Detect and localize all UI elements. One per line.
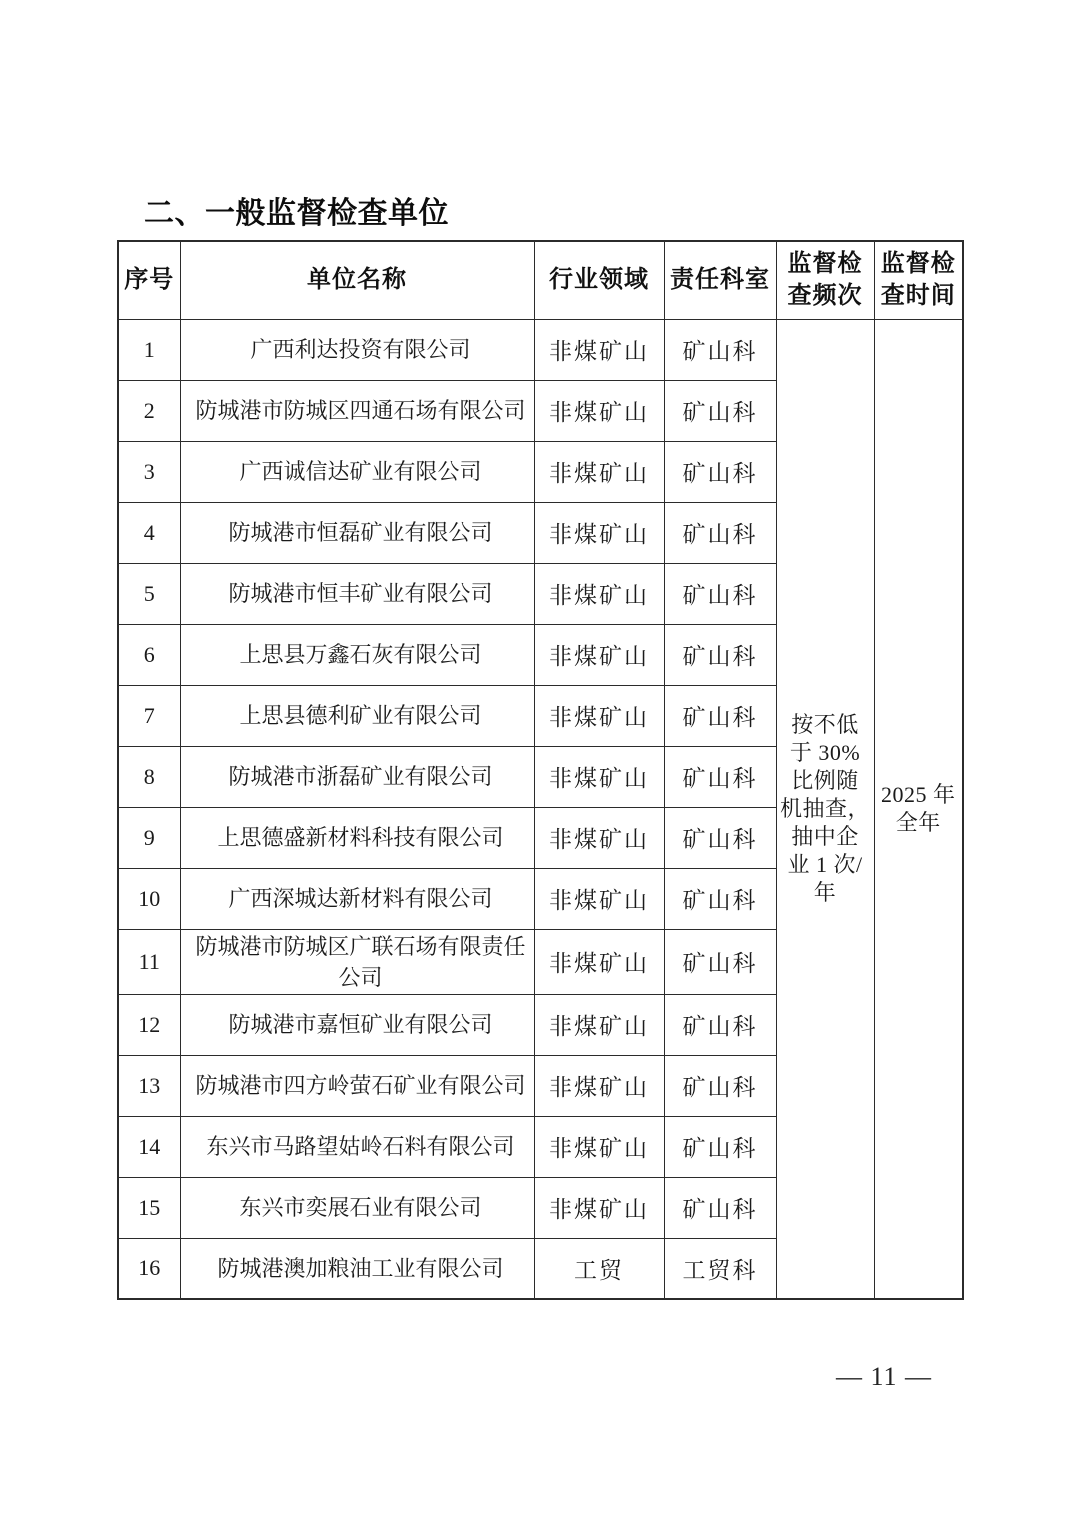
row-industry: 非煤矿山	[534, 380, 664, 441]
row-industry: 非煤矿山	[534, 624, 664, 685]
row-index: 10	[118, 868, 180, 929]
row-company-name: 防城港市浙磊矿业有限公司	[180, 746, 534, 807]
row-department: 矿山科	[664, 563, 776, 624]
row-department: 矿山科	[664, 994, 776, 1055]
row-industry: 非煤矿山	[534, 441, 664, 502]
row-index: 6	[118, 624, 180, 685]
row-index: 1	[118, 319, 180, 380]
row-index: 9	[118, 807, 180, 868]
row-company-name: 上思德盛新材料科技有限公司	[180, 807, 534, 868]
row-industry: 非煤矿山	[534, 929, 664, 994]
row-industry: 非煤矿山	[534, 685, 664, 746]
row-company-name: 上思县万鑫石灰有限公司	[180, 624, 534, 685]
row-department: 矿山科	[664, 868, 776, 929]
row-company-name: 防城港市防城区广联石场有限责任公司	[180, 929, 534, 994]
header-time: 监督检 查时间	[874, 241, 963, 319]
row-company-name: 东兴市奕展石业有限公司	[180, 1177, 534, 1238]
row-industry: 非煤矿山	[534, 502, 664, 563]
row-company-name: 广西深城达新材料有限公司	[180, 868, 534, 929]
row-index: 5	[118, 563, 180, 624]
row-index: 2	[118, 380, 180, 441]
row-company-name: 防城港市嘉恒矿业有限公司	[180, 994, 534, 1055]
row-company-name: 防城港市恒丰矿业有限公司	[180, 563, 534, 624]
row-industry: 非煤矿山	[534, 807, 664, 868]
header-frequency: 监督检 查频次	[776, 241, 874, 319]
row-industry: 非煤矿山	[534, 563, 664, 624]
row-index: 12	[118, 994, 180, 1055]
row-company-name: 上思县德利矿业有限公司	[180, 685, 534, 746]
row-industry: 非煤矿山	[534, 319, 664, 380]
header-index: 序号	[118, 241, 180, 319]
row-industry: 工贸	[534, 1238, 664, 1299]
row-index: 7	[118, 685, 180, 746]
row-department: 矿山科	[664, 1055, 776, 1116]
row-department: 矿山科	[664, 319, 776, 380]
row-company-name: 防城港市防城区四通石场有限公司	[180, 380, 534, 441]
row-department: 矿山科	[664, 380, 776, 441]
row-department: 矿山科	[664, 441, 776, 502]
header-department: 责任科室	[664, 241, 776, 319]
inspection-units-table: 序号 单位名称 行业领域 责任科室 监督检 查频次 监督检 查时间 1广西利达投…	[117, 240, 964, 1300]
row-industry: 非煤矿山	[534, 1177, 664, 1238]
row-department: 工贸科	[664, 1238, 776, 1299]
row-index: 15	[118, 1177, 180, 1238]
row-index: 3	[118, 441, 180, 502]
row-industry: 非煤矿山	[534, 868, 664, 929]
row-index: 11	[118, 929, 180, 994]
merged-time-cell: 2025 年 全年	[874, 319, 963, 1299]
row-index: 16	[118, 1238, 180, 1299]
header-company: 单位名称	[180, 241, 534, 319]
row-company-name: 防城港澳加粮油工业有限公司	[180, 1238, 534, 1299]
row-department: 矿山科	[664, 929, 776, 994]
table-header-row: 序号 单位名称 行业领域 责任科室 监督检 查频次 监督检 查时间	[118, 241, 963, 319]
merged-frequency-cell: 按不低 于 30% 比例随 机抽查， 抽中企 业 1 次/ 年	[776, 319, 874, 1299]
row-industry: 非煤矿山	[534, 1116, 664, 1177]
row-department: 矿山科	[664, 624, 776, 685]
row-department: 矿山科	[664, 807, 776, 868]
row-company-name: 防城港市四方岭萤石矿业有限公司	[180, 1055, 534, 1116]
row-department: 矿山科	[664, 685, 776, 746]
document-page: 二、一般监督检查单位 序号 单位名称 行业领域 责任科室 监督检 查频次 监督检…	[0, 0, 1074, 1520]
row-index: 4	[118, 502, 180, 563]
row-department: 矿山科	[664, 1116, 776, 1177]
row-department: 矿山科	[664, 746, 776, 807]
row-company-name: 防城港市恒磊矿业有限公司	[180, 502, 534, 563]
row-company-name: 广西利达投资有限公司	[180, 319, 534, 380]
table-row: 1广西利达投资有限公司非煤矿山矿山科按不低 于 30% 比例随 机抽查， 抽中企…	[118, 319, 963, 380]
row-index: 8	[118, 746, 180, 807]
header-industry: 行业领域	[534, 241, 664, 319]
row-industry: 非煤矿山	[534, 746, 664, 807]
section-title: 二、一般监督检查单位	[144, 194, 449, 234]
row-index: 14	[118, 1116, 180, 1177]
row-industry: 非煤矿山	[534, 1055, 664, 1116]
row-industry: 非煤矿山	[534, 994, 664, 1055]
row-company-name: 广西诚信达矿业有限公司	[180, 441, 534, 502]
row-index: 13	[118, 1055, 180, 1116]
row-department: 矿山科	[664, 502, 776, 563]
row-department: 矿山科	[664, 1177, 776, 1238]
page-number: — 11 —	[836, 1362, 932, 1392]
row-company-name: 东兴市马路望姑岭石料有限公司	[180, 1116, 534, 1177]
